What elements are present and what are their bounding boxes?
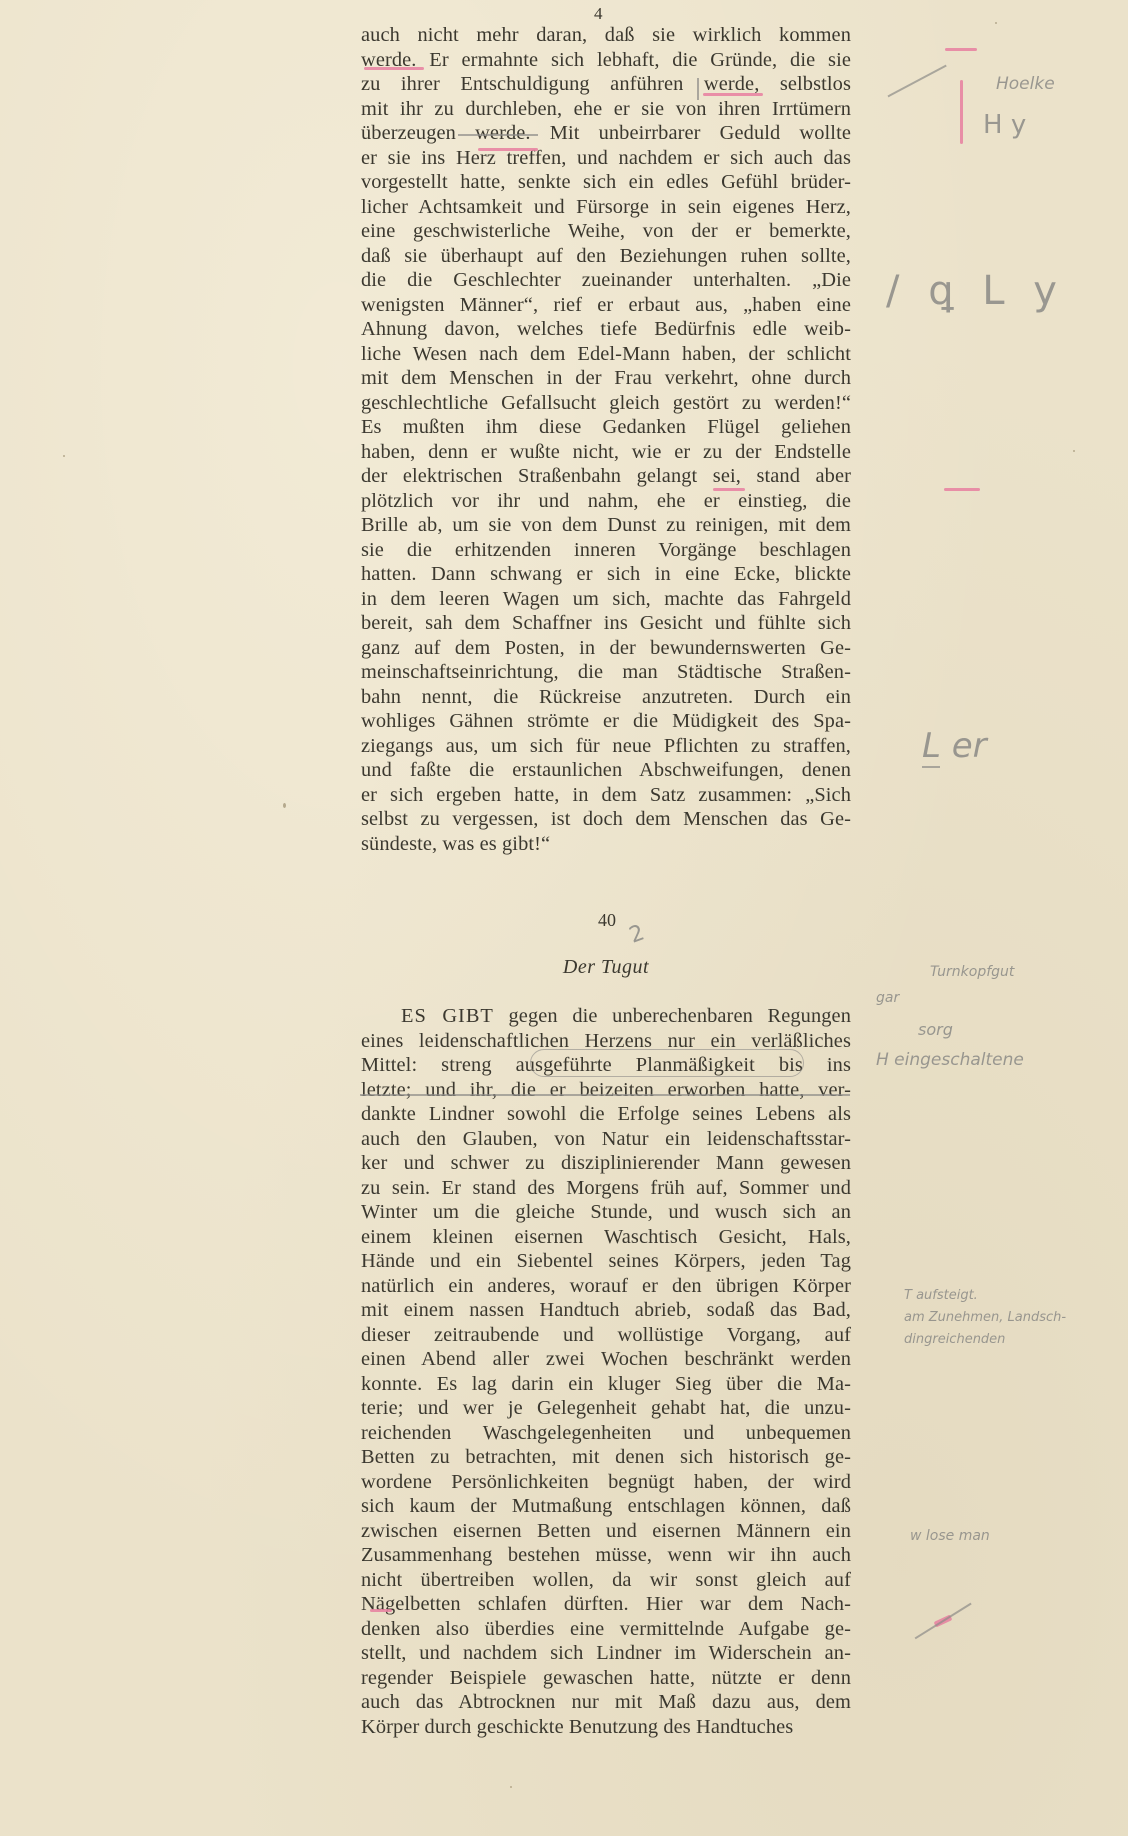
text-line: geschlechtliche Gefallsucht gleich gestö… xyxy=(361,391,851,416)
pencil-mark-section: 2 xyxy=(626,920,648,948)
paper-speck xyxy=(283,803,286,808)
text-line: in dem leeren Wagen um sich, machte das … xyxy=(361,587,851,612)
text-line: denken also überdies eine vermittelnde A… xyxy=(361,1617,851,1642)
pencil-circle-planmaessigkeit xyxy=(530,1049,804,1077)
text-line: einen Abend aller zwei Wochen beschränkt… xyxy=(361,1347,851,1372)
text-line: plötzlich vor ihr und nahm, ehe er einst… xyxy=(361,489,851,514)
pink-underline-sei xyxy=(713,488,745,491)
text-line: eine geschwisterliche Weihe, von der er … xyxy=(361,219,851,244)
text-line: haben, denn er wußte nicht, wie er zu de… xyxy=(361,440,851,465)
text-line: auch den Glauben, von Natur ein leidensc… xyxy=(361,1127,851,1152)
paper-speck xyxy=(510,1786,512,1788)
paragraph-der-tugut: ES GIBT gegen die unberechenbaren Regung… xyxy=(361,1004,851,1739)
paragraph-continuation: auch nicht mehr daran, daß sie wirklich … xyxy=(361,23,851,856)
pink-margin-bar xyxy=(960,80,963,144)
text-line: vorgestellt hatte, senkte sich ein edles… xyxy=(361,170,851,195)
pencil-strike-werde xyxy=(458,134,538,136)
text-line: die die Geschlechter zueinander unterhal… xyxy=(361,268,851,293)
pink-underline-werde-1 xyxy=(364,67,424,70)
text-line: überzeugen werde. Mit unbeirrbarer Gedul… xyxy=(361,121,851,146)
text-line: letzte; und ihr, die er beizeiten erworb… xyxy=(361,1078,851,1103)
pencil-bar-werde-left xyxy=(697,78,699,100)
text-line: daß sie überhaupt auf den Beziehungen ru… xyxy=(361,244,851,269)
text-line: Hände und ein Siebentel seines Körpers, … xyxy=(361,1249,851,1274)
pencil-strike-letzte xyxy=(360,1094,850,1096)
margin-note-5: Turnkopfgut xyxy=(930,964,1014,980)
text-line: Es mußten ihm diese Gedanken Flügel geli… xyxy=(361,415,851,440)
text-line: der elektrischen Straßenbahn gelangt sei… xyxy=(361,464,851,489)
text-line: auch das Abtrocknen nur mit Maß dazu aus… xyxy=(361,1690,851,1715)
text-line: Ahnung davon, welches tiefe Bedürfnis ed… xyxy=(361,317,851,342)
text-line: wenigsten Männer“, rief er erbaut aus, „… xyxy=(361,293,851,318)
text-line: dankte Lindner sowohl die Erfolge seines… xyxy=(361,1102,851,1127)
margin-note-9: T aufsteigt. am Zunehmen, Landsch- dingr… xyxy=(904,1285,1066,1351)
text-line: licher Achtsamkeit und Fürsorge in sein … xyxy=(361,195,851,220)
text-line: mit dem Menschen in der Frau verkehrt, o… xyxy=(361,366,851,391)
text-line: bereit, sah dem Schaffner ins Gesicht un… xyxy=(361,611,851,636)
text-line: mit ihr zu durchleben, ehe er sie von ih… xyxy=(361,97,851,122)
pink-underline-werde-3 xyxy=(478,148,538,151)
opening-caps: ES GIBT xyxy=(401,1005,494,1027)
scanned-page: 4 auch nicht mehr daran, daß sie wirklic… xyxy=(0,0,1128,1836)
text-line: selbst zu vergessen, ist doch dem Mensch… xyxy=(361,807,851,832)
text-line: sich kaum der Mutmaßung entschlagen könn… xyxy=(361,1494,851,1519)
text-line: Betten zu betrachten, mit denen sich his… xyxy=(361,1445,851,1470)
pink-margin-dash-1 xyxy=(945,48,977,51)
text-line: einem kleinen eisernen Waschtisch Gesich… xyxy=(361,1225,851,1250)
pink-margin-dash-2 xyxy=(944,488,980,491)
text-line: natürlich ein anderes, worauf er den übr… xyxy=(361,1274,851,1299)
margin-note-8: H eingeschaltene xyxy=(876,1050,1024,1070)
pencil-slash-bottom xyxy=(915,1603,972,1639)
pink-underline-werde-2 xyxy=(703,93,763,96)
section-number: 40 xyxy=(598,910,616,931)
margin-note-3: / ꝗ L y xyxy=(886,268,1065,314)
text-line: zu sein. Er stand des Morgens früh auf, … xyxy=(361,1176,851,1201)
text-line: er sich ergeben hatte, in dem Satz zusam… xyxy=(361,783,851,808)
text-line: bahn nennt, die Rückreise anzutreten. Du… xyxy=(361,685,851,710)
text-line: ES GIBT gegen die unberechenbaren Regung… xyxy=(361,1004,851,1029)
margin-note-7: sorg xyxy=(918,1020,953,1039)
paper-speck xyxy=(63,455,65,457)
text-line: werde. Er ermahnte sich lebhaft, die Grü… xyxy=(361,48,851,73)
paper-speck xyxy=(995,22,997,24)
text-line: wordene Persönlichkeiten begnügt haben, … xyxy=(361,1470,851,1495)
text-line: terie; und wer je Gelegenheit gehabt hat… xyxy=(361,1396,851,1421)
pencil-margin-dash xyxy=(922,766,940,768)
text-line: liche Wesen nach dem Edel-Mann haben, de… xyxy=(361,342,851,367)
margin-note-2: H y xyxy=(983,110,1026,140)
text-line: Brille ab, um sie von dem Dunst zu reini… xyxy=(361,513,851,538)
section-title: Der Tugut xyxy=(361,956,851,979)
margin-note-10: w lose man xyxy=(910,1528,990,1544)
pink-underline-naegel xyxy=(370,1609,392,1612)
text-line: ker und schwer zu disziplinierender Mann… xyxy=(361,1151,851,1176)
page-number: 4 xyxy=(594,4,603,24)
text-line: mit einem nassen Handtuch abrieb, sodaß … xyxy=(361,1298,851,1323)
text-line: stellt, und nachdem sich Lindner im Wide… xyxy=(361,1641,851,1666)
paper-speck xyxy=(1073,450,1075,452)
margin-note-1: Hoelke xyxy=(996,74,1055,94)
text-line: reichenden Waschgelegenheiten und unbequ… xyxy=(361,1421,851,1446)
text-line: dieser zeitraubende und wollüstige Vorga… xyxy=(361,1323,851,1348)
text-line: wohliges Gähnen strömte er die Müdigkeit… xyxy=(361,709,851,734)
text-line: nicht übertreiben wollen, da wir sonst g… xyxy=(361,1568,851,1593)
text-line: Zusammenhang bestehen müsse, wenn wir ih… xyxy=(361,1543,851,1568)
text-line: Nägelbetten schlafen dürften. Hier war d… xyxy=(361,1592,851,1617)
text-line: er sie ins Herz treffen, und nachdem er … xyxy=(361,146,851,171)
margin-note-6: gar xyxy=(876,990,899,1006)
text-line: hatten. Dann schwang er sich in eine Eck… xyxy=(361,562,851,587)
text-line: auch nicht mehr daran, daß sie wirklich … xyxy=(361,23,851,48)
text-line: sündeste, was es gibt!“ xyxy=(361,832,851,857)
text-line: ziegangs aus, um sich für neue Pflichten… xyxy=(361,734,851,759)
text-line: und faßte die erstaunlichen Abschweifung… xyxy=(361,758,851,783)
text-line: konnte. Es lag darin ein kluger Sieg übe… xyxy=(361,1372,851,1397)
text-line: Winter um die gleiche Stunde, und wusch … xyxy=(361,1200,851,1225)
text-line: ganz auf dem Posten, in der bewundernswe… xyxy=(361,636,851,661)
text-line: sie die erhitzenden inneren Vorgänge bes… xyxy=(361,538,851,563)
pencil-slash-top xyxy=(888,65,947,97)
text-line: Körper durch geschickte Benutzung des Ha… xyxy=(361,1715,851,1740)
margin-note-4: L er xyxy=(922,726,987,766)
text-line-rest: gegen die unberechenbaren Regungen xyxy=(494,1005,851,1027)
text-line: zwischen eisernen Betten und eisernen Mä… xyxy=(361,1519,851,1544)
text-line: regender Beispiele gewaschen hatte, nütz… xyxy=(361,1666,851,1691)
text-line: zu ihrer Entschuldigung anführen werde, … xyxy=(361,72,851,97)
text-line: meinschaftseinrichtung, die man Städtisc… xyxy=(361,660,851,685)
